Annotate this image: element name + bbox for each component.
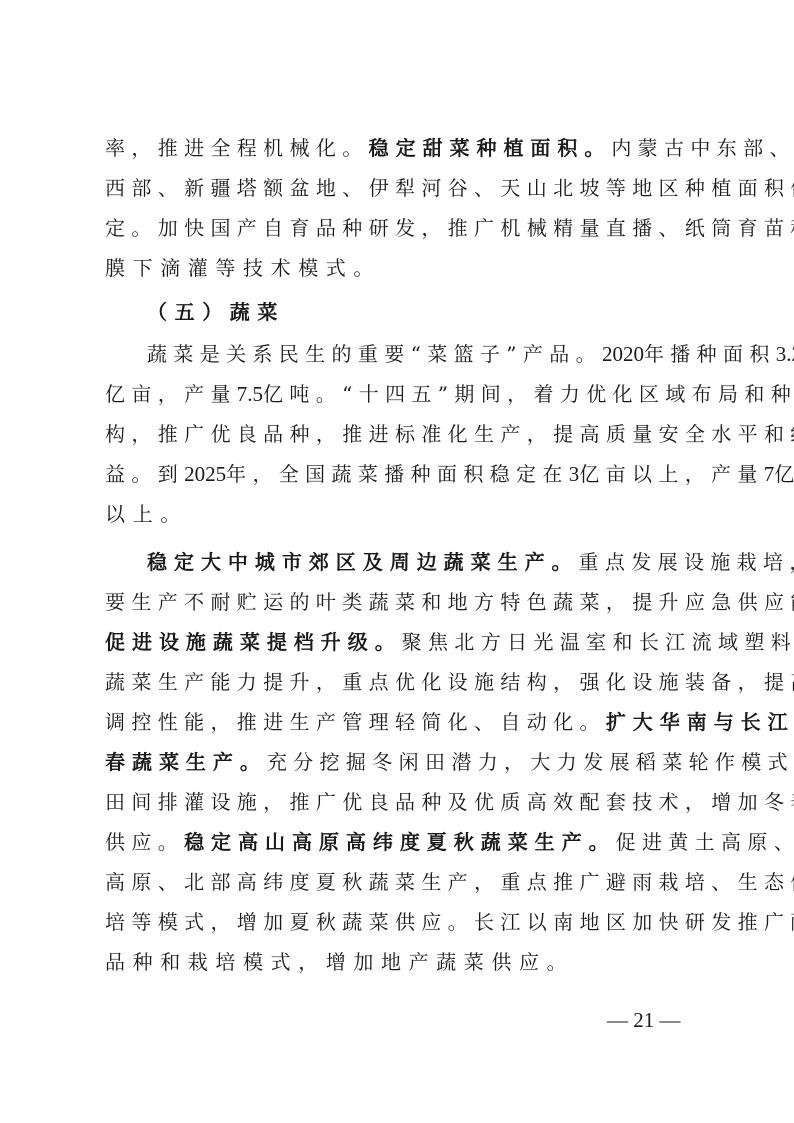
text-segment: 促 进 黄 土 高 原 、 云 贵 (616, 830, 794, 854)
text-line: 春 蔬 菜 生 产 。 充 分 挖 掘 冬 闲 田 潜 力 ， 大 力 发 展 … (105, 742, 690, 782)
text-segment: 7.5 (237, 382, 263, 406)
text-segment: 2025 (184, 462, 226, 486)
text-segment: 要 生 产 不 耐 贮 运 的 叶 类 蔬 菜 和 地 方 特 色 蔬 菜 ， … (105, 590, 794, 614)
text-line: 西 部 、 新 疆 塔 额 盆 地 、 伊 犁 河 谷 、 天 山 北 坡 等 … (105, 168, 690, 208)
text-line: 促 进 设 施 蔬 菜 提 档 升 级 。 聚 焦 北 方 日 光 温 室 和 … (105, 622, 690, 662)
text-line: 蔬 菜 生 产 能 力 提 升 ， 重 点 优 化 设 施 结 构 ， 强 化 … (105, 662, 690, 702)
text-segment: 年 播 种 面 积 (644, 342, 776, 366)
text-segment: 蔬 菜 是 关 系 民 生 的 重 要 “ 菜 篮 子 ” 产 品 。 (147, 342, 602, 366)
text-line: 高 原 、 北 部 高 纬 度 夏 秋 蔬 菜 生 产 ， 重 点 推 广 避 … (105, 862, 690, 902)
text-line: 供 应 。 稳 定 高 山 高 原 高 纬 度 夏 秋 蔬 菜 生 产 。 促 … (105, 822, 690, 862)
text-segment: 供 应 。 (105, 830, 184, 854)
text-segment: 充 分 挖 掘 冬 闲 田 潜 力 ， 大 力 发 展 稻 菜 轮 作 模 式 … (267, 750, 794, 774)
text-line: 稳 定 大 中 城 市 郊 区 及 周 边 蔬 菜 生 产 。 重 点 发 展 … (147, 542, 690, 582)
bold-phrase: （五）蔬菜 (147, 300, 285, 324)
text-line: 蔬 菜 是 关 系 民 生 的 重 要 “ 菜 篮 子 ” 产 品 。 2020… (147, 334, 690, 374)
text-line: 田 间 排 灌 设 施 ， 推 广 优 良 品 种 及 优 质 高 效 配 套 … (105, 782, 690, 822)
text-line: 培 等 模 式 ， 增 加 夏 秋 蔬 菜 供 应 。 长 江 以 南 地 区 … (105, 902, 690, 942)
text-line: 益 。 到 2025年 ， 全 国 蔬 菜 播 种 面 积 稳 定 在 3亿 亩… (105, 454, 690, 494)
text-segment: 亿 亩 以 上 ， 产 量 (579, 462, 764, 486)
text-segment: 西 部 、 新 疆 塔 额 盆 地 、 伊 犁 河 谷 、 天 山 北 坡 等 … (105, 176, 794, 200)
text-line: 定 。 加 快 国 产 自 育 品 种 研 发 ， 推 广 机 械 精 量 直 … (105, 208, 690, 248)
text-segment: 率 ， 推 进 全 程 机 械 化 。 (105, 136, 369, 160)
text-segment: 重 点 发 展 设 施 栽 培 ， 主 (579, 550, 794, 574)
text-segment: 田 间 排 灌 设 施 ， 推 广 优 良 品 种 及 优 质 高 效 配 套 … (105, 790, 794, 814)
text-segment: 年 ， 全 国 蔬 菜 播 种 面 积 稳 定 在 (226, 462, 569, 486)
bold-phrase: 稳 定 高 山 高 原 高 纬 度 夏 秋 蔬 菜 生 产 。 (184, 830, 616, 854)
text-segment: 蔬 菜 生 产 能 力 提 升 ， 重 点 优 化 设 施 结 构 ， 强 化 … (105, 670, 794, 694)
text-segment: 2020 (602, 342, 644, 366)
text-segment: 3.2 (776, 342, 794, 366)
bold-phrase: 稳 定 甜 菜 种 植 面 积 。 (369, 136, 612, 160)
text-line: 构 ， 推 广 优 良 品 种 ， 推 进 标 准 化 生 产 ， 提 高 质 … (105, 414, 690, 454)
bold-phrase: 促 进 设 施 蔬 菜 提 档 升 级 。 (105, 630, 402, 654)
text-segment: 益 。 到 (105, 462, 184, 486)
text-segment: 膜下滴灌等技术模式。 (105, 256, 381, 280)
text-line: 要 生 产 不 耐 贮 运 的 叶 类 蔬 菜 和 地 方 特 色 蔬 菜 ， … (105, 582, 690, 622)
bold-phrase: 稳 定 大 中 城 市 郊 区 及 周 边 蔬 菜 生 产 。 (147, 550, 579, 574)
text-segment: 以上。 (105, 502, 188, 526)
text-segment: 聚 焦 北 方 日 光 温 室 和 长 江 流 域 塑 料 棚 室 (402, 630, 794, 654)
text-line: 以上。 (105, 494, 188, 534)
text-line: 品种和栽培模式，增加地产蔬菜供应。 (105, 942, 574, 982)
page-number: — 21 — (607, 1008, 681, 1033)
text-line: 率 ， 推 进 全 程 机 械 化 。 稳 定 甜 菜 种 植 面 积 。 内 … (105, 128, 690, 168)
text-line: 亿 亩 ， 产 量 7.5亿 吨 。 “ 十 四 五 ” 期 间 ， 着 力 优… (105, 374, 690, 414)
bold-phrase: 春 蔬 菜 生 产 。 (105, 750, 267, 774)
text-line: 膜下滴灌等技术模式。 (105, 248, 381, 288)
text-segment: 内 蒙 古 中 东 部 、 黑 龙 江 (611, 136, 794, 160)
text-segment: 3 (569, 462, 580, 486)
text-segment: 亿 吨 。 “ 十 四 五 ” 期 间 ， 着 力 优 化 区 域 布 局 和 … (263, 382, 794, 406)
text-segment: 高 原 、 北 部 高 纬 度 夏 秋 蔬 菜 生 产 ， 重 点 推 广 避 … (105, 870, 794, 894)
text-segment: 7 (764, 462, 775, 486)
text-segment: 亿 亩 ， 产 量 (105, 382, 237, 406)
text-segment: 调 控 性 能 ， 推 进 生 产 管 理 轻 简 化 、 自 动 化 。 (105, 710, 606, 734)
section-heading: （五）蔬菜 (147, 292, 285, 332)
bold-phrase: 扩 大 华 南 与 长 江 流 域 冬 (606, 710, 794, 734)
text-segment: 亿 吨 (774, 462, 794, 486)
text-line: 调 控 性 能 ， 推 进 生 产 管 理 轻 简 化 、 自 动 化 。 扩 … (105, 702, 690, 742)
text-segment: 定 。 加 快 国 产 自 育 品 种 研 发 ， 推 广 机 械 精 量 直 … (105, 216, 794, 240)
text-segment: 培 等 模 式 ， 增 加 夏 秋 蔬 菜 供 应 。 长 江 以 南 地 区 … (105, 910, 794, 934)
text-segment: 构 ， 推 广 优 良 品 种 ， 推 进 标 准 化 生 产 ， 提 高 质 … (105, 422, 794, 446)
text-segment: 品种和栽培模式，增加地产蔬菜供应。 (105, 950, 574, 974)
